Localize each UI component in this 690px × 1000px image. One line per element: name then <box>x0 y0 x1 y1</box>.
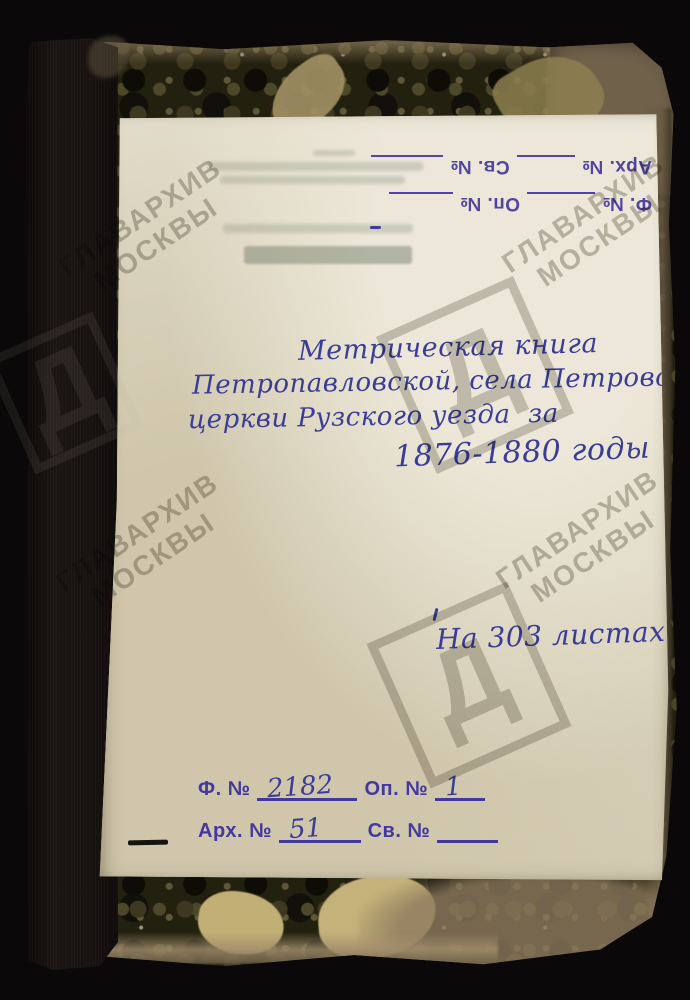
bleed-through-text <box>313 150 355 156</box>
arkh-number-value: 51 <box>288 815 323 843</box>
bottom-stamp: Ф. № 2182 Оп. № 1 Арх. № 51 Св. № <box>198 772 498 856</box>
stamp-underline <box>517 155 575 179</box>
bleed-through-text <box>244 246 412 264</box>
logo-letter: Д <box>418 308 529 434</box>
ink-speck <box>370 226 381 229</box>
logo-letter: Д <box>7 326 118 452</box>
stamp-underline: 2182 <box>257 772 357 801</box>
scan-background: Ф. № Оп. № Арх. № Св. № Метрическая книг… <box>0 0 690 1000</box>
stamp-underline <box>437 814 498 843</box>
stamp-underline: 51 <box>279 814 361 843</box>
stamp-field-opis-label: Оп. № <box>460 192 521 213</box>
ink-dash <box>128 840 168 846</box>
stamp-underline <box>389 192 453 216</box>
bleed-through-text <box>223 224 413 233</box>
stamp-row: Арх. № 51 Св. № <box>198 814 498 843</box>
stamp-field-svyazka-label: Св. № <box>368 821 431 843</box>
stamp-field-opis-label: Оп. № <box>364 779 428 801</box>
fond-number-value: 2182 <box>267 772 335 803</box>
stamp-underline <box>371 155 443 179</box>
stamp-field-svyazka-label: Св. № <box>450 155 510 176</box>
stamp-field-arkh-label: Арх. № <box>198 821 272 843</box>
cover-frayed-edge-top <box>88 40 593 64</box>
stamp-field-fond-label: Ф. № <box>198 779 250 801</box>
cover-frayed-edge-bottom <box>68 932 498 964</box>
logo-letter: Д <box>412 618 523 744</box>
